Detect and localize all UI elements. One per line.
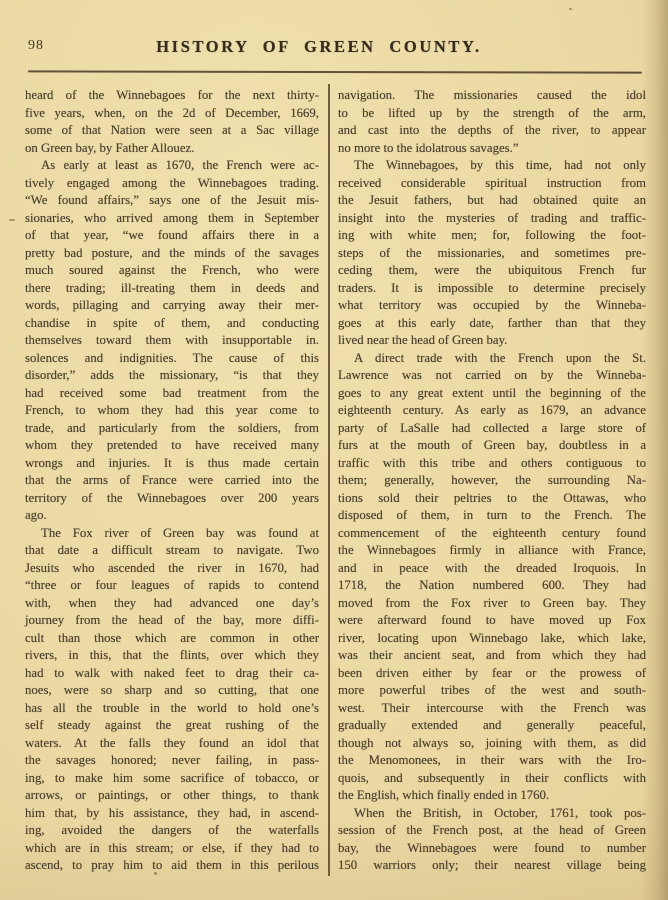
text-line: of that year, “we found affairs there in… [25,227,319,245]
text-line: goes to any great extent until the begin… [338,385,646,403]
text-line: what territory was occupied by the Winne… [338,297,646,315]
text-line: session of the French post, at the head … [338,822,646,840]
page-title: HISTORY OF GREEN COUNTY. [0,37,638,57]
text-line: whom they pretended to have received man… [25,437,319,455]
text-line: had to walk with naked feet to drag thei… [25,665,319,683]
text-line: ascend, to pray him to aid them in this … [25,857,319,875]
text-column-left: heard of the Winnebagoes for the next th… [25,87,319,875]
text-line: no more to the idolatrous savages.” [338,140,646,158]
text-line: gradually extended and generally peacefu… [338,717,646,735]
scan-artifact-speck [569,8,572,10]
text-line: goes at this early date, farther than th… [338,315,646,333]
text-line: and cast into the depths of the river, t… [338,122,646,140]
text-line: Jesuits who ascended the river in 1670, … [25,560,319,578]
text-line: cult than those which are common in othe… [25,630,319,648]
text-line: insight into the mysteries of trading an… [338,210,646,228]
text-line: the Jesuit fathers, but had obtained qui… [338,192,646,210]
text-line: that the arms of France were carried int… [25,472,319,490]
column-divider-rule [328,84,330,876]
book-page: 98 HISTORY OF GREEN COUNTY. heard of the… [0,0,668,900]
text-line: French, to whom they had this year come … [25,402,319,420]
text-line: that date a difficult stream to navigate… [25,542,319,560]
text-line: ing, to make him some sacrifice of tobac… [25,770,319,788]
text-line: the Winnebagoes firmly in alliance with … [338,542,646,560]
text-line: sionaries, who arrived among them in Sep… [25,210,319,228]
text-line: solences and indignities. The cause of t… [25,350,319,368]
text-line: traders. It is impossible to determine p… [338,280,646,298]
text-line: quois, and subsequently in their conflic… [338,770,646,788]
text-line: The Winnebagoes, by this time, had not o… [338,157,646,175]
text-line: arrows, or paintings, or other things, t… [25,787,319,805]
text-line: ing with white men; for, following the f… [338,227,646,245]
text-line: which are in this stream; or else, if th… [25,840,319,858]
text-line: though not always so, joining with them,… [338,735,646,753]
text-line: tively engaged among the Winnebagoes tra… [25,175,319,193]
text-line: As early at least as 1670, the French we… [25,157,319,175]
text-line: trade, and particularly from the soldier… [25,420,319,438]
text-line: ago. [25,507,319,525]
text-line: commencement of the eighteenth century f… [338,525,646,543]
text-line: self steady against the great rushing of… [25,717,319,735]
text-line: 150 warriors only; their nearest village… [338,857,646,875]
text-line: furs at the mouth of Green bay, doubtles… [338,437,646,455]
text-line: The Fox river of Green bay was found at [25,525,319,543]
text-line: some of that Nation were seen at a Sac v… [25,122,319,140]
text-line: disorder,” adds the missionary, “is that… [25,367,319,385]
text-line: rivers, in this, that the flints, over w… [25,647,319,665]
text-line: and in peace with the dreaded Iroquois. … [338,560,646,578]
text-line: more powerful tribes of the west and sou… [338,682,646,700]
text-line: there trading; ill-treating them in deed… [25,280,319,298]
text-line: “three or four leagues of rapids to cont… [25,577,319,595]
text-line: them; generally, however, the surroundin… [338,472,646,490]
text-line: eighteenth century. As early as 1679, an… [338,402,646,420]
header-rule [28,70,642,73]
text-line: five years, when, on the 2d of December,… [25,105,319,123]
text-line: received considerable spiritual instruct… [338,175,646,193]
text-line: “We found affairs,” says one of the Jesu… [25,192,319,210]
text-line: traffic with this tribe and others conti… [338,455,646,473]
text-line: been driven either by fear or the prowes… [338,665,646,683]
text-line: tions sold their peltries to the Ottawas… [338,490,646,508]
text-line: 1718, the Nation numbered 600. They had [338,577,646,595]
text-line: territory of the Winnebagoes over 200 ye… [25,490,319,508]
text-line: on Green bay, by Father Allouez. [25,140,319,158]
text-line: has all the trouble in the world to hold… [25,700,319,718]
text-line: wrongs and injuries. It is thus made cer… [25,455,319,473]
text-line: ceding them, were the ubiquitous French … [338,262,646,280]
text-line: with, when they had advanced one day’s [25,595,319,613]
text-line: waters. At the falls they found an idol … [25,735,319,753]
text-line: heard of the Winnebagoes for the next th… [25,87,319,105]
scan-artifact-speck [154,872,157,875]
text-line: When the British, in October, 1761, took… [338,805,646,823]
text-line: steps of the missionaries, and sometimes… [338,245,646,263]
text-line: chandise in spite of them, and conductin… [25,315,319,333]
text-line: river, locating upon Winnebago lake, whi… [338,630,646,648]
text-line: the savages honored; never failing, in p… [25,752,319,770]
text-line: lived near the head of Green bay. [338,332,646,350]
text-line: bay, the Winnebagoes were found to numbe… [338,840,646,858]
text-line: to be lifted up by the strength of the a… [338,105,646,123]
text-line: moved from the Fox river to Green bay. T… [338,595,646,613]
text-line: themselves toward them with insupportabl… [25,332,319,350]
text-line: was their ancient seat, and from which t… [338,647,646,665]
text-line: him that, by his assistance, they had, i… [25,805,319,823]
text-line: much soured against the French, who were [25,262,319,280]
text-line: were afterward found to have moved up Fo… [338,612,646,630]
text-line: west. Their intercourse with the French … [338,700,646,718]
text-line: Lawrence was not carried on by the Winne… [338,367,646,385]
text-line: navigation. The missionaries caused the … [338,87,646,105]
text-column-right: navigation. The missionaries caused the … [338,87,646,875]
text-line: had received some bad treatment from the [25,385,319,403]
text-line: the Menomonees, in their wars with the I… [338,752,646,770]
text-line: noes, were so sharp and so cutting, that… [25,682,319,700]
text-line: A direct trade with the French upon the … [338,350,646,368]
text-line: pretty bad posture, and the minds of the… [25,245,319,263]
text-line: journey from the head of the bay, more d… [25,612,319,630]
scan-artifact-margin-dash [9,219,15,221]
text-line: party of LaSalle had collected a large s… [338,420,646,438]
text-line: ing, avoided the dangers of the waterfal… [25,822,319,840]
text-line: words, pillaging and carrying away their… [25,297,319,315]
text-line: the English, which finally ended in 1760… [338,787,646,805]
text-line: disposed of them, in turn to the French.… [338,507,646,525]
